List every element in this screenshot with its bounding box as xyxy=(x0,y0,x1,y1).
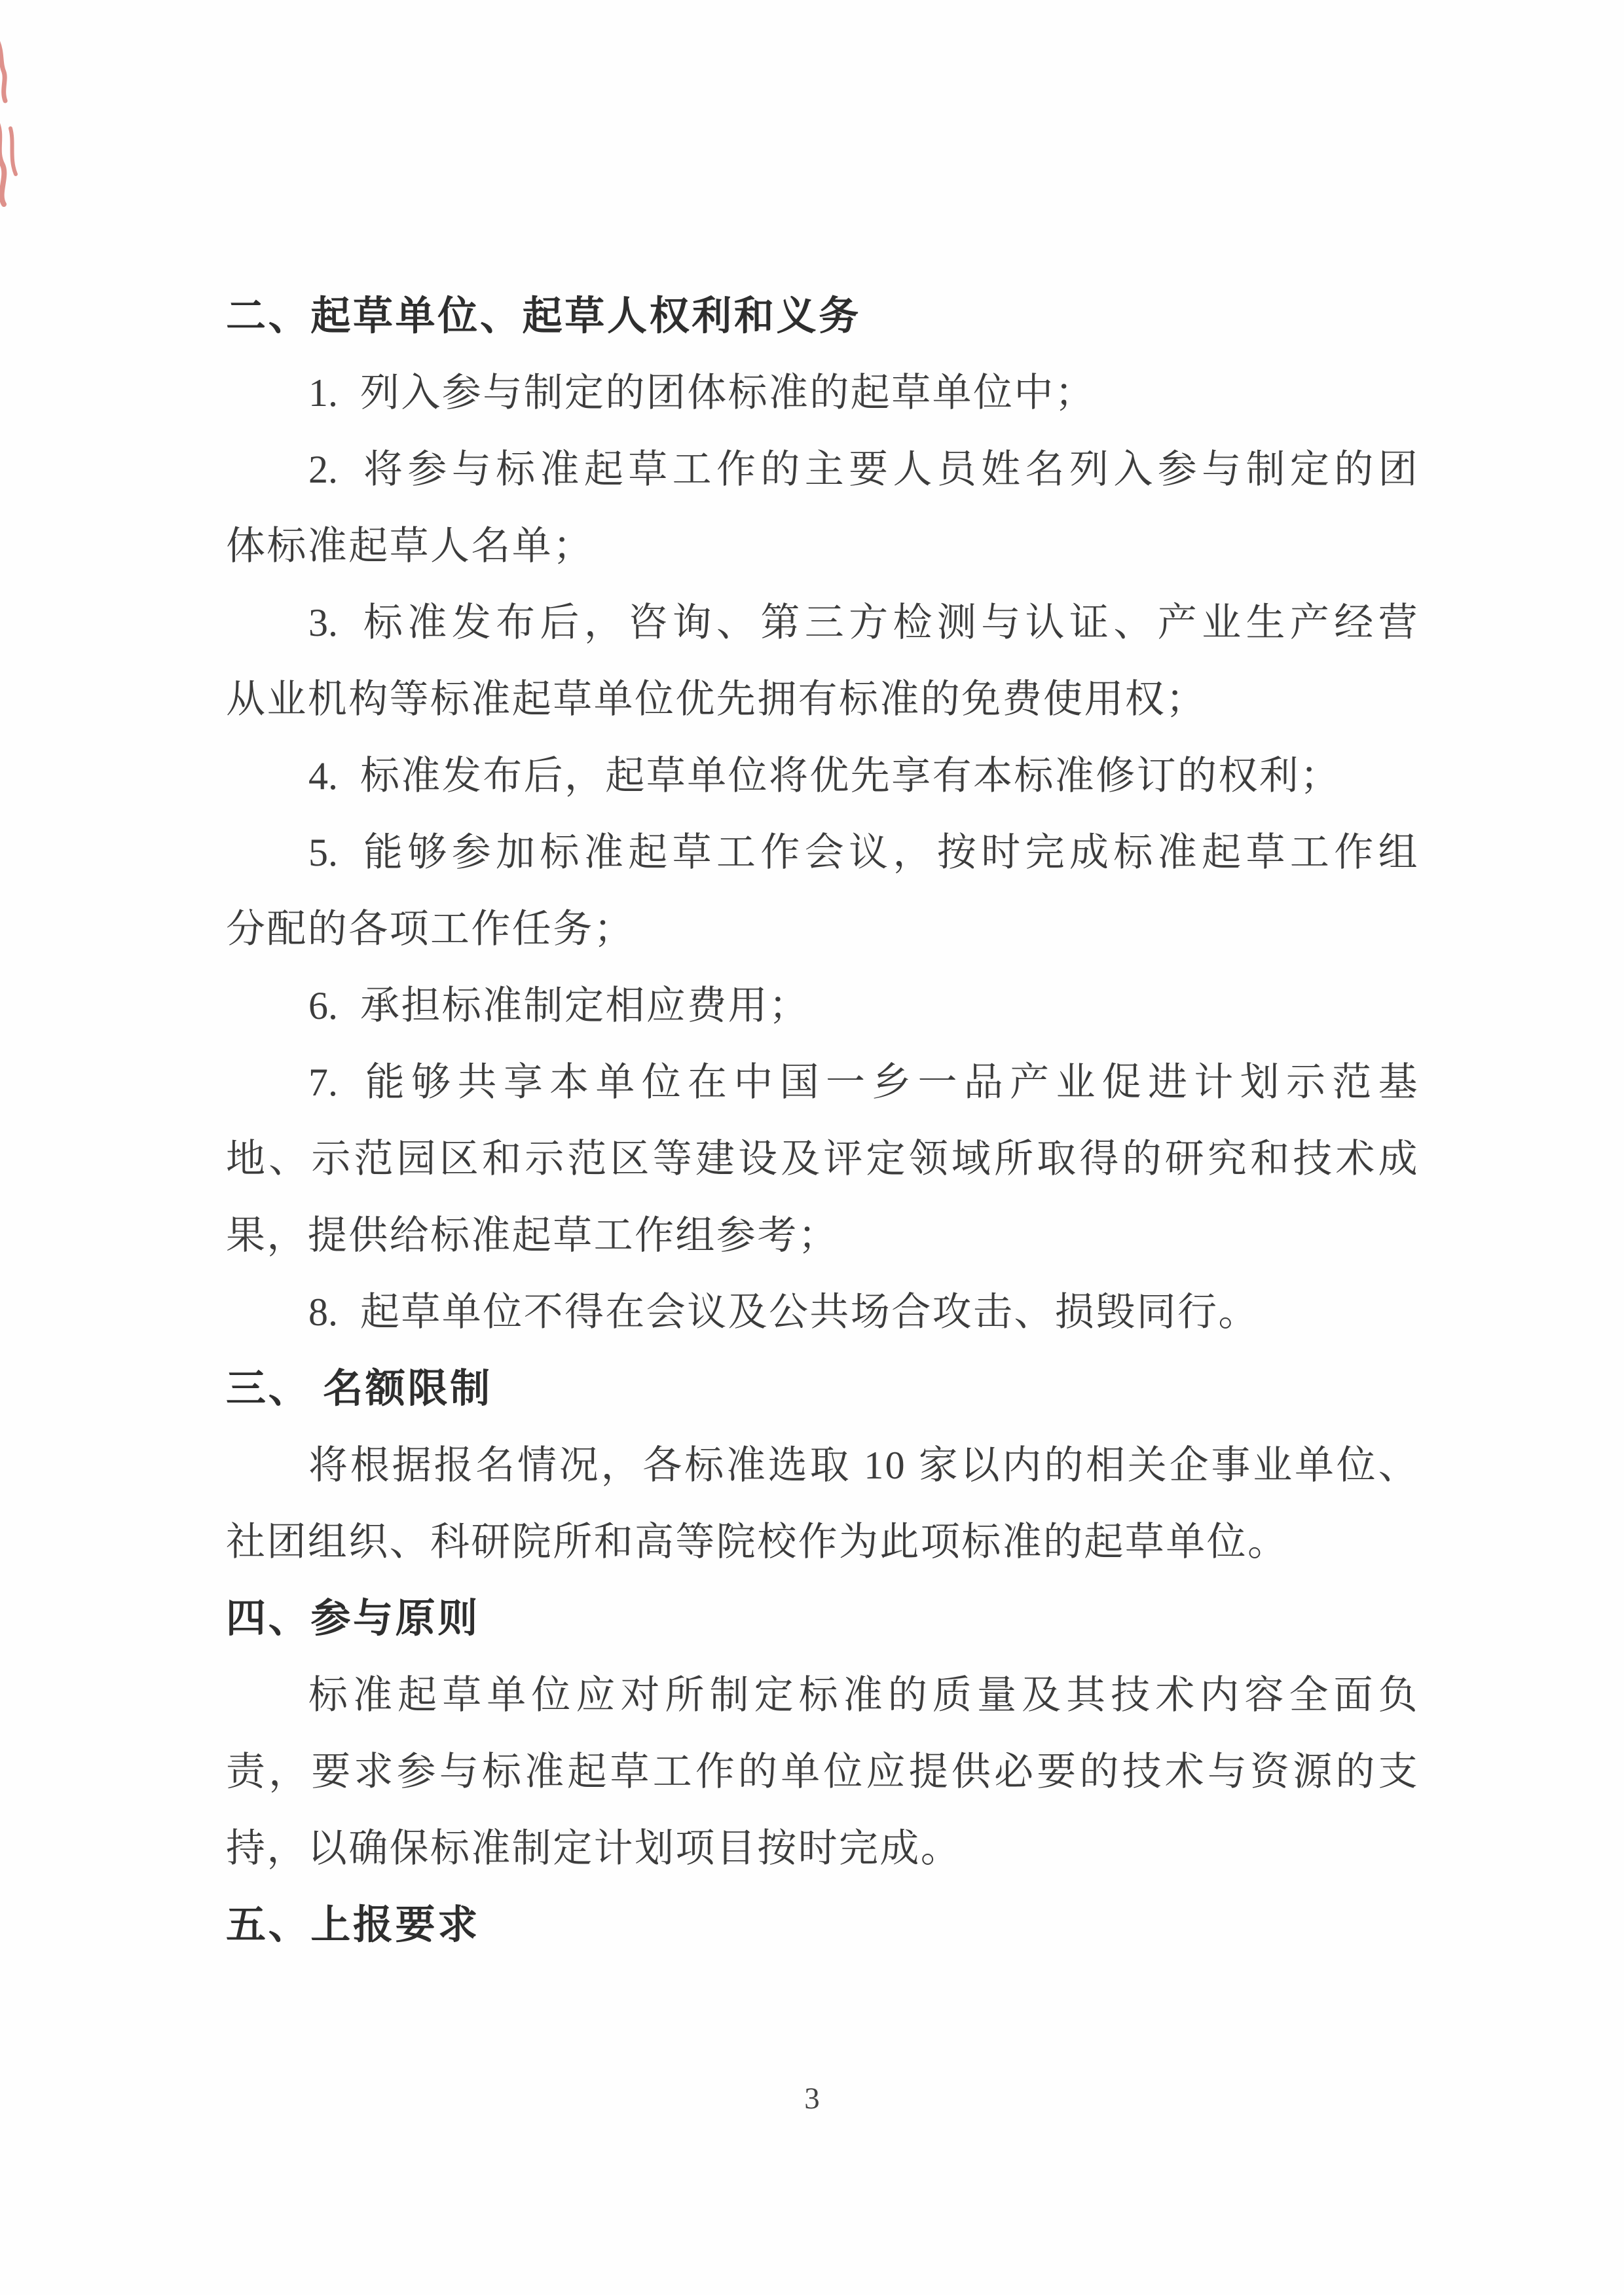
item-8-text: 起草单位不得在会议及公共场合攻击、损毁同行。 xyxy=(360,1291,1259,1334)
red-ink-edge-mark-bottom xyxy=(0,117,25,208)
item-5-text-1: 能够参加标准起草工作会议，按时完成标准起草工作组 xyxy=(360,831,1419,874)
item-2-line-2: 体标准起草人名单； xyxy=(226,508,1419,585)
item-5-line-2: 分配的各项工作任务； xyxy=(226,891,1419,968)
item-4-line-1: 4.标准发布后，起草单位将优先享有本标准修订的权利； xyxy=(226,738,1419,815)
section-heading-reporting-requirements: 五、上报要求 xyxy=(226,1887,1419,1964)
item-6-line-1: 6.承担标准制定相应费用； xyxy=(226,968,1419,1044)
item-6-number: 6. xyxy=(308,968,338,1044)
item-8-line-1: 8.起草单位不得在会议及公共场合攻击、损毁同行。 xyxy=(226,1274,1419,1351)
principles-paragraph-line-2: 责，要求参与标准起草工作的单位应提供必要的技术与资源的支 xyxy=(226,1734,1419,1810)
item-4-number: 4. xyxy=(308,738,338,815)
red-ink-edge-mark-top xyxy=(0,38,22,103)
item-4-text: 标准发布后，起草单位将优先享有本标准修订的权利； xyxy=(360,754,1341,798)
item-7-line-3: 果，提供给标准起草工作组参考； xyxy=(226,1198,1419,1274)
item-2-line-1: 2.将参与标准起草工作的主要人员姓名列入参与制定的团 xyxy=(226,431,1419,508)
document-content: 二、起草单位、起草人权利和义务 1.列入参与制定的团体标准的起草单位中； 2.将… xyxy=(226,278,1419,1964)
item-3-text-1: 标准发布后，咨询、第三方检测与认证、产业生产经营 xyxy=(360,601,1419,644)
item-1-text: 列入参与制定的团体标准的起草单位中； xyxy=(360,371,1096,414)
principles-paragraph-line-3: 持，以确保标准制定计划项目按时完成。 xyxy=(226,1810,1419,1887)
item-3-line-1: 3.标准发布后，咨询、第三方检测与认证、产业生产经营 xyxy=(226,585,1419,661)
item-7-text-1: 能够共享本单位在中国一乡一品产业促进计划示范基 xyxy=(360,1061,1419,1104)
item-2-text-1: 将参与标准起草工作的主要人员姓名列入参与制定的团 xyxy=(360,448,1419,491)
section-heading-obligations: 二、起草单位、起草人权利和义务 xyxy=(226,278,1419,355)
item-7-number: 7. xyxy=(308,1044,338,1121)
page-number: 3 xyxy=(0,2076,1624,2121)
item-3-number: 3. xyxy=(308,585,338,661)
item-2-number: 2. xyxy=(308,431,338,508)
item-3-line-2: 从业机构等标准起草单位优先拥有标准的免费使用权； xyxy=(226,661,1419,738)
quota-paragraph-line-1: 将根据报名情况，各标准选取 10 家以内的相关企事业单位、 xyxy=(226,1427,1419,1504)
principles-paragraph-line-1: 标准起草单位应对所制定标准的质量及其技术内容全面负 xyxy=(226,1657,1419,1734)
item-1-number: 1. xyxy=(308,355,338,431)
item-8-number: 8. xyxy=(308,1274,338,1351)
section-heading-participation-principles: 四、参与原则 xyxy=(226,1581,1419,1657)
document-page: 二、起草单位、起草人权利和义务 1.列入参与制定的团体标准的起草单位中； 2.将… xyxy=(0,0,1624,2295)
item-5-line-1: 5.能够参加标准起草工作会议，按时完成标准起草工作组 xyxy=(226,815,1419,891)
section-heading-quota-limit: 三、 名额限制 xyxy=(226,1351,1419,1427)
item-5-number: 5. xyxy=(308,815,338,891)
item-1-line-1: 1.列入参与制定的团体标准的起草单位中； xyxy=(226,355,1419,431)
item-7-line-2: 地、示范园区和示范区等建设及评定领域所取得的研究和技术成 xyxy=(226,1121,1419,1198)
item-7-line-1: 7.能够共享本单位在中国一乡一品产业促进计划示范基 xyxy=(226,1044,1419,1121)
item-6-text: 承担标准制定相应费用； xyxy=(360,984,809,1027)
quota-paragraph-line-2: 社团组织、科研院所和高等院校作为此项标准的起草单位。 xyxy=(226,1504,1419,1581)
